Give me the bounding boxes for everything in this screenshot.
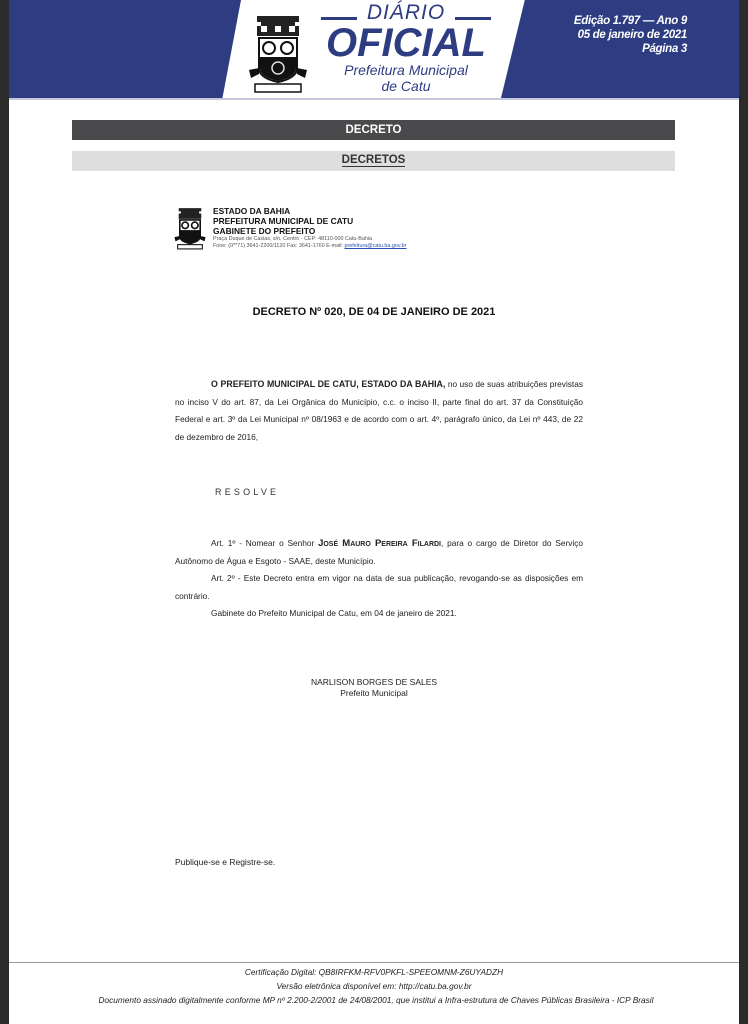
letterhead-contact: Fone: (0**71) 3641-2200/1120 Fax: 3641-1… (213, 243, 406, 250)
masthead-top: DIÁRIO (321, 2, 491, 24)
letterhead-state: ESTADO DA BAHIA (213, 206, 406, 216)
letterhead-office: GABINETE DO PREFEITO (213, 226, 406, 236)
subcategory-label: DECRETOS (342, 154, 406, 167)
letterhead: ESTADO DA BAHIA PREFEITURA MUNICIPAL DE … (213, 206, 406, 250)
masthead-sub-2: de Catu (321, 78, 491, 94)
footer-divider (9, 962, 739, 963)
preamble-paragraph: O PREFEITO MUNICIPAL DE CATU, ESTADO DA … (175, 376, 583, 446)
edition-date: 05 de janeiro de 2021 (574, 28, 687, 42)
page-number: Página 3 (574, 42, 687, 56)
letterhead-crest-icon (173, 206, 207, 250)
articles: Art. 1º - Nomear o Senhor José Mauro Per… (175, 535, 583, 623)
article-1: Art. 1º - Nomear o Senhor José Mauro Per… (175, 535, 583, 570)
closing-line: Gabinete do Prefeito Municipal de Catu, … (175, 605, 583, 623)
coat-of-arms-icon (247, 12, 309, 94)
legal-notice: Documento assinado digitalmente conforme… (13, 993, 739, 1007)
footer: Certificação Digital: QB8IRFKM-RFV0PKFL-… (9, 965, 739, 1007)
letterhead-phone: Fone: (0**71) 3641-2200/1120 Fax: 3641-1… (213, 243, 343, 249)
signatory-title: Prefeito Municipal (9, 688, 739, 699)
letterhead-prefecture: PREFEITURA MUNICIPAL DE CATU (213, 216, 406, 226)
masthead-main: OFICIAL (321, 24, 491, 62)
edition-number: Edição 1.797 — Ano 9 (574, 14, 687, 28)
document-page: DIÁRIO OFICIAL Prefeitura Municipal de C… (9, 0, 739, 1024)
subcategory-bar: DECRETOS (72, 151, 675, 171)
signatory-name: NARLISON BORGES DE SALES (9, 677, 739, 688)
letterhead-address: Praça Duque de Caxias, s/n, Centro - CEP… (213, 236, 406, 243)
header-divider (9, 98, 739, 100)
article-2: Art. 2º - Este Decreto entra em vigor na… (175, 570, 583, 605)
publish-note: Publique-se e Registre-se. (175, 857, 275, 867)
masthead: DIÁRIO OFICIAL Prefeitura Municipal de C… (321, 0, 491, 94)
edition-info: Edição 1.797 — Ano 9 05 de janeiro de 20… (574, 14, 687, 56)
header-banner-left (9, 0, 241, 98)
signature-block: NARLISON BORGES DE SALES Prefeito Munici… (9, 677, 739, 699)
resolve-heading: RESOLVE (215, 487, 279, 497)
letterhead-email-link[interactable]: prefeitura@catu.ba.gov.br (344, 243, 406, 249)
masthead-sub-1: Prefeitura Municipal (321, 62, 491, 78)
digital-certification: Certificação Digital: QB8IRFKM-RFV0PKFL-… (9, 965, 739, 979)
electronic-version: Versão eletrônica disponível em: http://… (9, 979, 739, 993)
preamble-authority: O PREFEITO MUNICIPAL DE CATU, ESTADO DA … (211, 379, 445, 389)
decree-title: DECRETO Nº 020, DE 04 DE JANEIRO DE 2021 (9, 306, 739, 318)
appointee-name: José Mauro Pereira Filardi (318, 538, 441, 549)
category-bar: DECRETO (72, 120, 675, 140)
